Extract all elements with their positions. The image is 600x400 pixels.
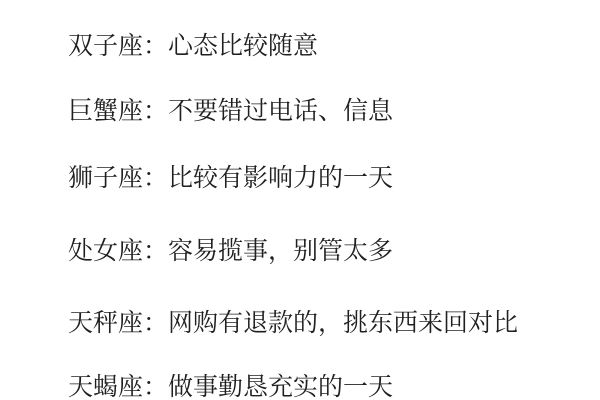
zodiac-sign-label: 天秤座 (68, 309, 143, 337)
horoscope-prediction: 比较有影响力的一天 (168, 164, 393, 192)
zodiac-sign-label: 天蝎座 (68, 373, 143, 400)
zodiac-sign-label: 巨蟹座 (68, 97, 143, 125)
horoscope-prediction: 网购有退款的，挑东西来回对比 (168, 309, 518, 337)
colon-separator: ： (143, 309, 168, 337)
zodiac-sign-label: 狮子座 (68, 164, 143, 192)
horoscope-prediction: 不要错过电话、信息 (168, 97, 393, 125)
zodiac-sign-label: 处女座 (68, 237, 143, 265)
horoscope-article: 双子座：心态比较随意 巨蟹座：不要错过电话、信息 狮子座：比较有影响力的一天 处… (0, 0, 600, 400)
horoscope-line-scorpio: 天蝎座：做事勤恳充实的一天 (68, 375, 393, 400)
colon-separator: ： (143, 373, 168, 400)
horoscope-line-cancer: 巨蟹座：不要错过电话、信息 (68, 99, 393, 124)
colon-separator: ： (143, 237, 168, 265)
colon-separator: ： (143, 32, 168, 60)
horoscope-prediction: 容易揽事，别管太多 (168, 237, 393, 265)
colon-separator: ： (143, 164, 168, 192)
horoscope-line-leo: 狮子座：比较有影响力的一天 (68, 166, 393, 191)
horoscope-prediction: 心态比较随意 (168, 32, 318, 60)
horoscope-line-gemini: 双子座：心态比较随意 (68, 34, 318, 59)
horoscope-prediction: 做事勤恳充实的一天 (168, 373, 393, 400)
colon-separator: ： (143, 97, 168, 125)
zodiac-sign-label: 双子座 (68, 32, 143, 60)
horoscope-line-libra: 天秤座：网购有退款的，挑东西来回对比 (68, 311, 518, 336)
horoscope-line-virgo: 处女座：容易揽事，别管太多 (68, 239, 393, 264)
